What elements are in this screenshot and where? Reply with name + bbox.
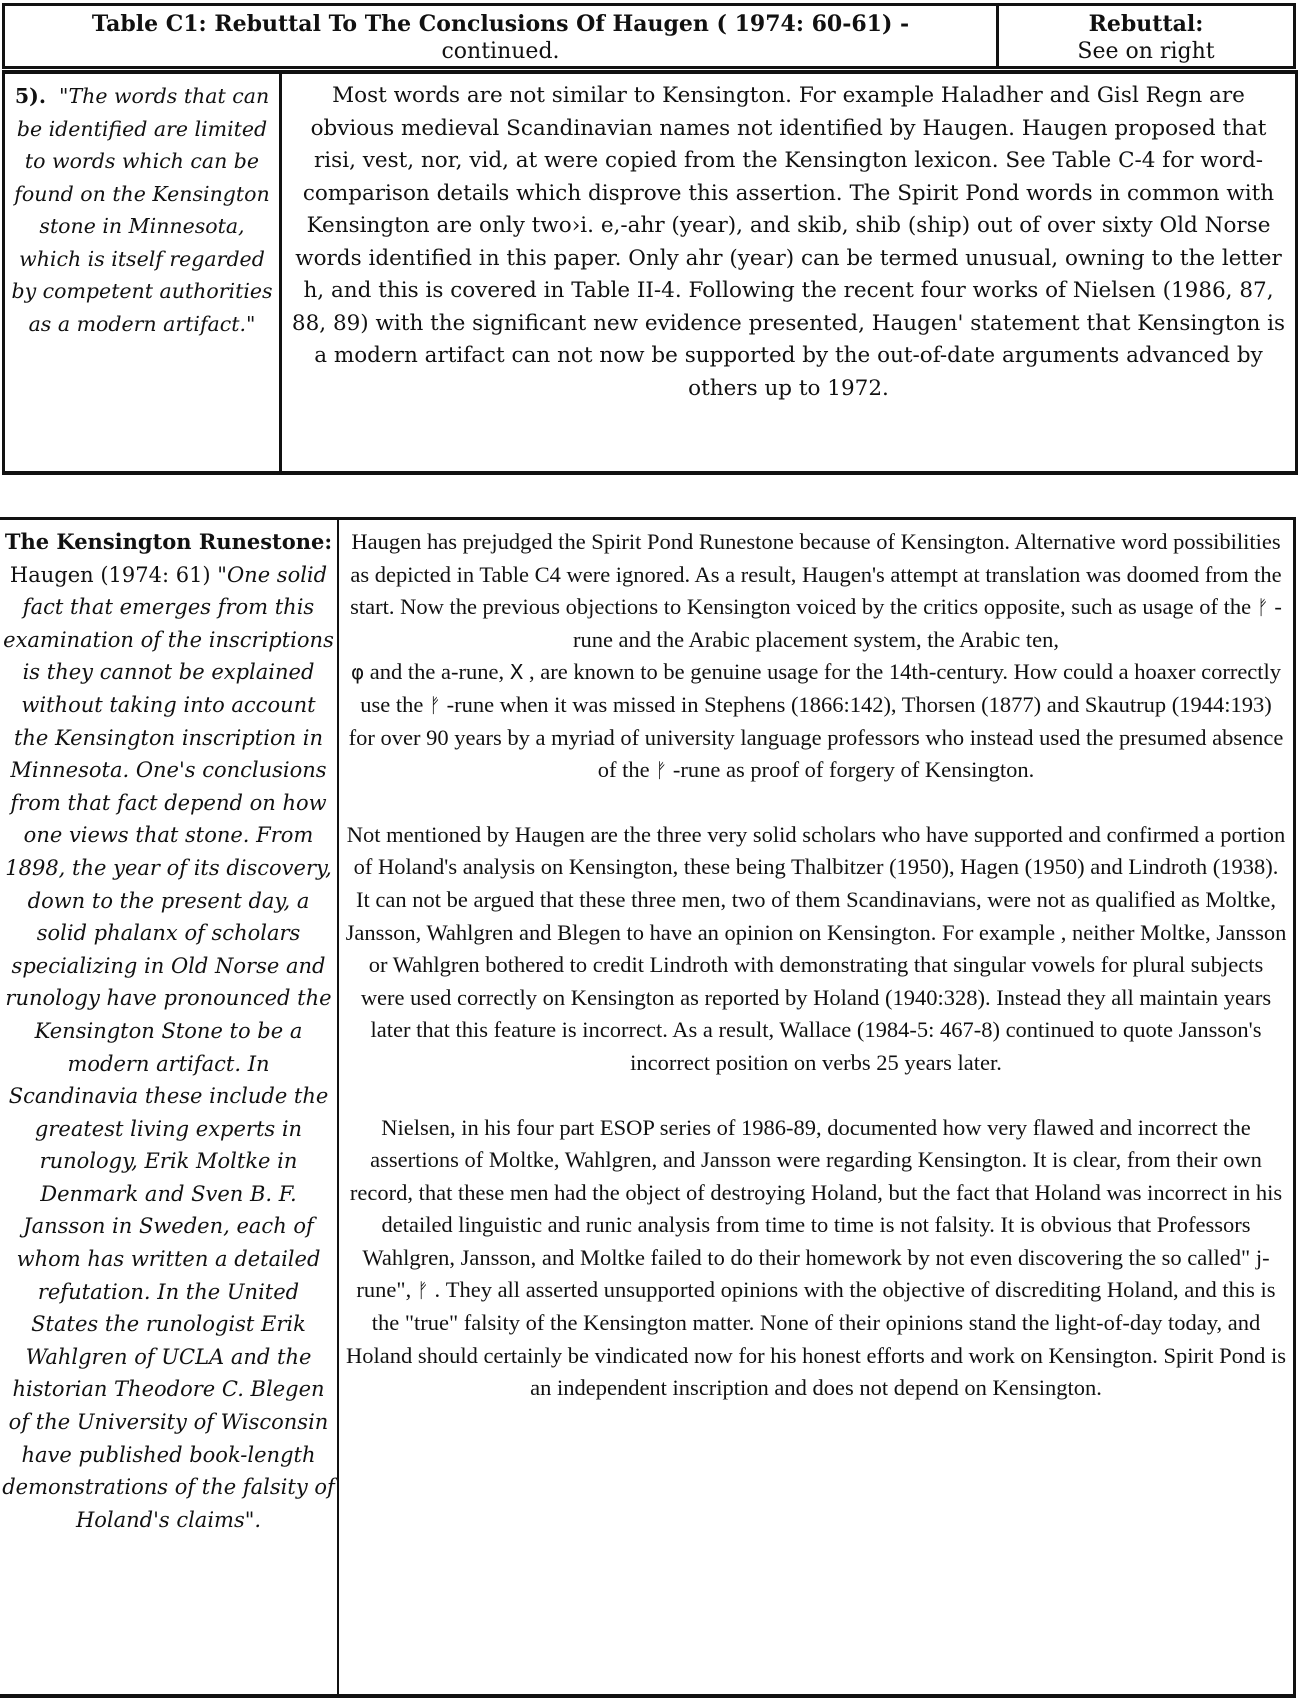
rebuttal-paragraph-2: Not mentioned by Haugen are the three ve… — [345, 819, 1287, 1080]
a-rune-glyph: X — [510, 660, 524, 684]
row-number: 5). — [15, 84, 46, 108]
j-rune-glyph: ᚠ — [655, 758, 667, 782]
table-row-5: 5). "The words that can be identified ar… — [2, 70, 1298, 475]
rebuttal-cell: Most words are not similar to Kensington… — [282, 74, 1295, 471]
table-title: Table C1: Rebuttal To The Conclusions Of… — [5, 10, 996, 38]
text-run: . They all asserted unsupported opinions… — [346, 1277, 1286, 1400]
kensington-heading: The Kensington Runestone: — [5, 529, 332, 554]
j-rune-glyph: ᚠ — [429, 693, 441, 717]
kensington-rebuttal-cell: Haugen has prejudged the Spirit Pond Run… — [339, 520, 1293, 1694]
rebuttal-text: Most words are not similar to Kensington… — [292, 83, 1285, 401]
kensington-table-row: The Kensington Runestone: Haugen (1974: … — [0, 517, 1296, 1698]
arabic-ten-glyph: φ — [351, 660, 364, 684]
rebuttal-paragraph-3: Nielsen, in his four part ESOP series of… — [345, 1112, 1287, 1405]
haugen-quote: "The words that can be identified are li… — [11, 84, 272, 336]
rebuttal-header-note: See on right — [999, 38, 1293, 66]
text-run: Nielsen, in his four part ESOP series of… — [350, 1115, 1282, 1303]
kensington-conclusion-cell: The Kensington Runestone: Haugen (1974: … — [0, 520, 339, 1694]
haugen-kensington-quote: "One solid fact that emerges from this e… — [2, 563, 335, 1532]
j-rune-glyph: ᚠ — [1257, 595, 1269, 619]
table-title-continued: continued. — [5, 38, 996, 66]
rebuttal-paragraph-1: Haugen has prejudged the Spirit Pond Run… — [345, 526, 1287, 787]
conclusion-cell: 5). "The words that can be identified ar… — [5, 74, 282, 471]
text-run: -rune as proof of forgery of Kensington. — [667, 757, 1034, 782]
text-run: and the a-rune, — [364, 659, 510, 684]
rebuttal-header-label: Rebuttal: — [999, 10, 1293, 38]
j-rune-glyph: ᚠ — [417, 1278, 429, 1302]
text-run: Haugen has prejudged the Spirit Pond Run… — [350, 529, 1282, 619]
table-title-cell: Table C1: Rebuttal To The Conclusions Of… — [2, 3, 999, 69]
rebuttal-header-cell: Rebuttal: See on right — [996, 3, 1296, 69]
citation: Haugen (1974: 61) — [10, 563, 217, 587]
